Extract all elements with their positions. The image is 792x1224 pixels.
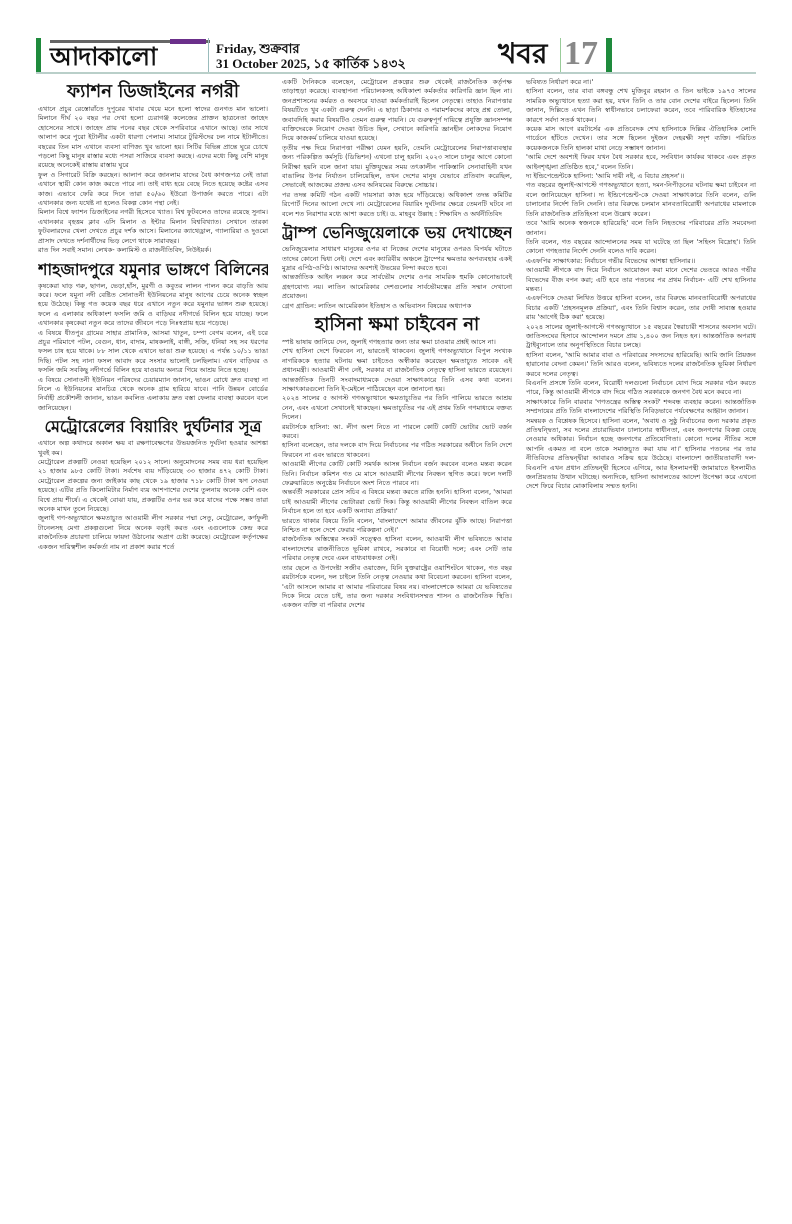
article-paragraph: আওয়ামী লীগকে বাদ দিয়ে নির্বাচন আয়োজন … <box>526 266 756 294</box>
article-paragraph: কয়েক মাস আগে রয়টার্সের এক প্রতিবেদক শে… <box>526 125 756 153</box>
article-paragraph: বিএনপি প্রসঙ্গে তিনি বলেন, বিরোধী দলগুলো… <box>526 379 756 398</box>
column-2: একটি দৈনিককে বলেছেন, মেট্রোরেল প্রকল্পের… <box>282 78 512 611</box>
article-paragraph: তৃতীয় পক্ষ দিয়ে নিরাপত্তা পরীক্ষা যেমন… <box>282 144 512 191</box>
article-metrorail: মেট্রোরেলের বিয়ারিং দুর্ঘটনার সূত্র এখা… <box>38 416 268 552</box>
article-headline: হাসিনা ক্ষমা চাইবেন না <box>282 313 512 337</box>
article-paragraph: ২০২৪ সালের জুলাই-আগস্টে গণঅভ্যুত্থানে ১৫… <box>526 323 756 351</box>
article-paragraph: হাসিনা বলেন, তার বাবা বঙ্গবন্ধু শেখ মুজি… <box>526 87 756 125</box>
article-paragraph: ২০২৪ সালের ৫ আগস্ট গণঅভ্যুত্থানে ক্ষমতাচ… <box>282 394 512 422</box>
article-paragraph: ভবিষ্যত নির্ধারণ করে না।' <box>526 78 756 87</box>
weekday: Friday, শুক্রবার <box>216 41 406 56</box>
page-accent-bar <box>606 38 612 72</box>
masthead: আদাকালো Friday, শুক্রবার 31 October 2025… <box>36 38 756 72</box>
article-headline: শাহজাদপুরে যমুনার ভাঙ্গণে বিলিনের <box>38 259 268 281</box>
article-hasina: হাসিনা ক্ষমা চাইবেন না স্পষ্ট ভাষায় জান… <box>282 313 512 611</box>
newspaper-logo: আদাকালো <box>36 38 208 72</box>
article-paragraph: এখানে প্রচুর রেস্তোরাঁতে দুপুরের খাবার খ… <box>38 105 268 171</box>
article-paragraph: তবে 'আমি অনেক স্বজনকে হারিয়েছি' বলে তিন… <box>526 219 756 238</box>
article-paragraph: জুলাই গণ-অভ্যুত্থানে ক্ষমতাচ্যুত আওয়ামী… <box>38 514 268 552</box>
article-paragraph: এখানে অল্প কথাদরে অকাল ক্ষয় বা রক্ষণাবে… <box>38 439 268 458</box>
article-paragraph: ফুল ও সিগারেট বিক্রি করছেন। আলাপ করে জান… <box>38 171 268 209</box>
article-paragraph: মেট্রোরেল প্রকল্পটি নেওয়া হয়েছিল ২০১২ … <box>38 458 268 514</box>
article-paragraph: একটি দৈনিককে বলেছেন, মেট্রোরেল প্রকল্পের… <box>282 78 512 144</box>
article-trump-venezuela: ট্রাম্প ভেনিজুয়েলাকে ভয় দেখাচ্ছেন ভেনি… <box>282 222 512 311</box>
article-paragraph: রাজনৈতিক অস্তিত্বের সংকট সত্ত্বেও হাসিনা… <box>282 535 512 563</box>
article-paragraph: শেখ হাসিনা দেশে ফিরবেন না, ভারতেই থাকবেন… <box>282 347 512 394</box>
article-paragraph: 'আমি দেশে অবশ্যই ফিরব যখন বৈধ সরকার হবে,… <box>526 153 756 172</box>
article-paragraph: কৃষকেরা ঘাড় গরু, ছাগল, ভেড়া,হাঁস, মুরগ… <box>38 282 268 329</box>
article-headline: ট্রাম্প ভেনিজুয়েলাকে ভয় দেখাচ্ছেন <box>282 222 512 244</box>
column-3: ভবিষ্যত নির্ধারণ করে না।' হাসিনা বলেন, ত… <box>526 78 756 492</box>
article-paragraph: আওয়ামী লীগের কোটি কোটি সমর্থক আসন্ন নির… <box>282 460 512 488</box>
article-paragraph: হাসিনা বলেছেন, তার দলকে বাদ দিয়ে নির্বা… <box>282 441 512 460</box>
column-1: ফ্যাশন ডিজাইনের নগরী এখানে প্রচুর রেস্তো… <box>38 78 268 552</box>
logo-text: আদাকালো <box>50 42 156 72</box>
article-subhead: এএফপির সাক্ষাৎকার: নির্বাচনে গভীর বিভেদে… <box>526 257 756 266</box>
logo-badge <box>170 39 206 44</box>
article-paragraph: এ বিষয়ে ধীতপুর গ্রামের সাহার প্রামানিক,… <box>38 329 268 376</box>
article-paragraph: ভারতে থাকার বিষয়ে তিনি বলেন, 'বাংলাদেশে… <box>282 517 512 536</box>
date-block: Friday, শুক্রবার 31 October 2025, ১৫ কার… <box>216 41 406 71</box>
article-paragraph: এএফপিকে দেওয়া লিখিত উত্তরে হাসিনা বলেন,… <box>526 294 756 322</box>
masthead-divider <box>208 38 209 72</box>
article-paragraph: তিনি বলেন, গত বছরের আন্দোলনের সময় যা ঘট… <box>526 238 756 257</box>
article-byline: পর তদন্ত কমিটি গঠন একটি দায়সারা কাজ হয়… <box>282 191 512 219</box>
article-shahjadpur: শাহজাদপুরে যমুনার ভাঙ্গণে বিলিনের কৃষকের… <box>38 259 268 414</box>
header-rule <box>36 72 756 74</box>
article-hasina-continued: ভবিষ্যত নির্ধারণ করে না।' হাসিনা বলেন, ত… <box>526 78 756 492</box>
article-metrorail-continued: একটি দৈনিককে বলেছেন, মেট্রোরেল প্রকল্পের… <box>282 78 512 219</box>
section-divider <box>560 38 561 72</box>
section-label: খবর <box>498 36 547 72</box>
article-paragraph: এ বিষয়ে সোনাতনী ইউনিয়ন পরিষদের চেয়ারম… <box>38 376 268 414</box>
article-byline: গ্রেগ গ্রান্ডিন: লাতিন আমেরিকান ইতিহাস ও… <box>282 302 512 311</box>
article-paragraph: ভেনিজুয়েলার সাধারণ মানুষের ওপর বা নিজের… <box>282 245 512 273</box>
article-paragraph: আন্তর্জাতিক আইন লঙ্ঘন করে সার্বভৌম দেশের… <box>282 273 512 301</box>
article-paragraph: গত বছরের জুলাই-আগস্টে গণঅভ্যুত্থানে হত্য… <box>526 181 756 219</box>
article-paragraph: সমন্বয়ক ও বিশ্লেষক হিসেবে। হাসিনা বলেন,… <box>526 417 756 492</box>
article-paragraph: রয়টার্সকে হাসিনা: আ. লীগ অংশ নিতে না পা… <box>282 423 512 442</box>
article-byline: রাত দিন সবাই সমান। লেখক- কলামিস্ট ও রাজন… <box>38 246 268 255</box>
article-paragraph: হাসিনা বলেন, 'আমি আমার বাবা ও পরিবারের স… <box>526 351 756 379</box>
article-fashion: ফ্যাশন ডিজাইনের নগরী এখানে প্রচুর রেস্তো… <box>38 80 268 256</box>
article-paragraph: তার ছেলে ও উপদেষ্টা সজীব ওয়াজেদ, যিনি য… <box>282 564 512 611</box>
page-number: 17 <box>564 34 598 74</box>
article-headline: ফ্যাশন ডিজাইনের নগরী <box>38 80 268 104</box>
article-paragraph: অন্তর্বর্তী সরকারের প্রেস সচিব এ বিষয়ে … <box>282 488 512 516</box>
publication-date: 31 October 2025, ১৫ কার্তিক ১৪৩২ <box>216 56 406 71</box>
article-headline: মেট্রোরেলের বিয়ারিং দুর্ঘটনার সূত্র <box>38 416 268 438</box>
article-paragraph: সাক্ষাৎকারে তিনি বারবার 'গণতন্ত্রের অস্ত… <box>526 398 756 417</box>
article-paragraph: স্পষ্ট ভাষায় জানিয়ে দেন, জুলাই গণহত্যা… <box>282 338 512 347</box>
article-paragraph: মিলান বিশ্বে ফ্যাশন ডিজাইনের নগরী হিসেবে… <box>38 208 268 246</box>
